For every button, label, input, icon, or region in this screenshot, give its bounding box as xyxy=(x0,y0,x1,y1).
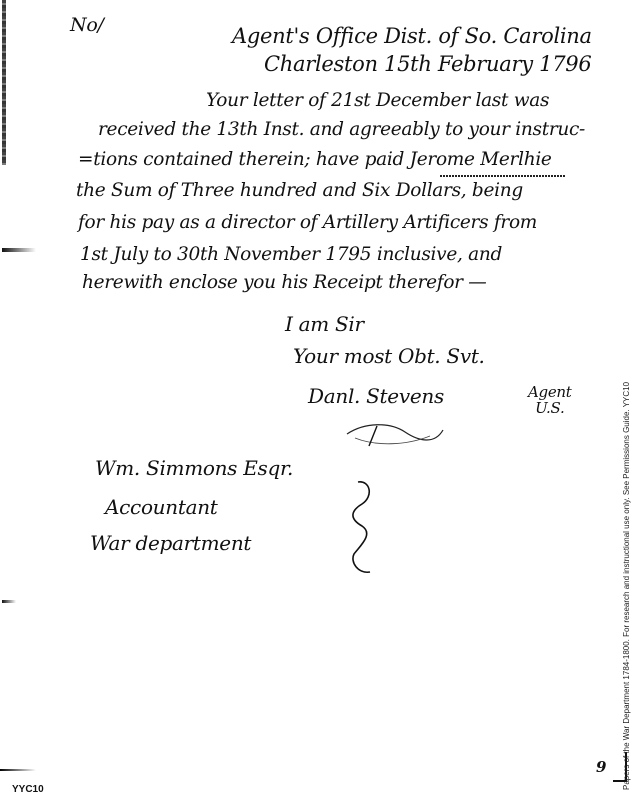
page-number: 9 xyxy=(596,758,606,776)
signature-flourish-icon xyxy=(345,420,445,448)
letter-heading-date: Charleston 15th February 1796 xyxy=(264,52,591,76)
addressee-title: Accountant xyxy=(105,495,218,519)
signature-title-us: U.S. xyxy=(528,400,572,416)
addressee-name: Wm. Simmons Esqr. xyxy=(95,456,293,480)
body-line: the Sum of Three hundred and Six Dollars… xyxy=(76,180,523,201)
reference-mark: No/ xyxy=(70,14,104,36)
letter-heading-office: Agent's Office Dist. of So. Carolina xyxy=(232,24,592,48)
closing-valediction: Your most Obt. Svt. xyxy=(293,344,485,368)
collection-label: YYC10 xyxy=(12,784,44,795)
body-line: 1st July to 30th November 1795 inclusive… xyxy=(80,244,502,265)
signature: Danl. Stevens xyxy=(308,384,444,408)
name-underline xyxy=(440,175,565,177)
body-line: Your letter of 21st December last was xyxy=(206,90,549,111)
address-brace-icon xyxy=(340,478,380,578)
scan-edge-rule xyxy=(0,769,36,771)
body-line: =tions contained therein; have paid Jero… xyxy=(78,149,552,170)
signature-title-agent: Agent xyxy=(528,384,572,400)
binding-edge-shadow xyxy=(2,0,6,165)
scan-speck xyxy=(2,248,36,252)
scan-speck xyxy=(2,600,16,603)
body-line: herewith enclose you his Receipt therefo… xyxy=(82,272,487,293)
closing-salutation: I am Sir xyxy=(285,312,364,336)
archive-side-caption: Papers of the War Department 1784-1800. … xyxy=(622,390,631,790)
scanned-letter-page: No/ Agent's Office Dist. of So. Carolina… xyxy=(0,0,638,800)
body-line: for his pay as a director of Artillery A… xyxy=(78,212,537,233)
addressee-department: War department xyxy=(90,531,251,555)
signature-title: Agent U.S. xyxy=(528,384,572,416)
body-line: received the 13th Inst. and agreeably to… xyxy=(98,119,585,140)
